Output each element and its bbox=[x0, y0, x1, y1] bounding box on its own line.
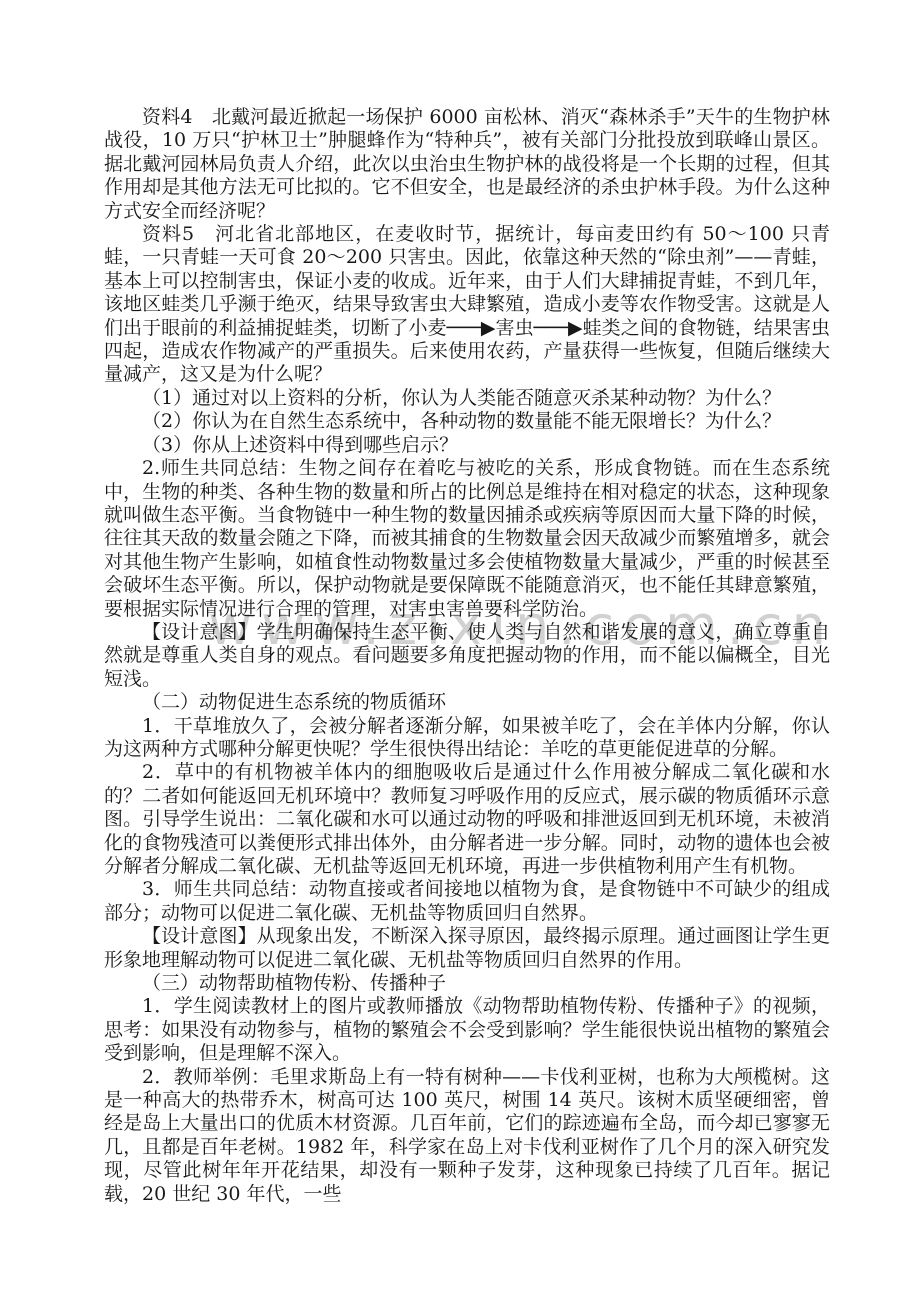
paragraph-section2-item-2: 2．草中的有机物被羊体内的细胞吸收后是通过什么作用被分解成二氧化碳和水的？二者如… bbox=[104, 761, 830, 878]
section-heading-2: （二）动物促进生态系统的物质循环 bbox=[104, 691, 830, 714]
paragraph-design-intent-2: 【设计意图】从现象出发，不断深入探寻原因，最终揭示原理。通过画图让学生更形象地理… bbox=[104, 925, 830, 972]
paragraph-section2-item-1: 1．干草堆放久了，会被分解者逐渐分解，如果被羊吃了，会在羊体内分解，你认为这两种… bbox=[104, 715, 830, 762]
paragraph-design-intent-1: 【设计意图】学生明确保持生态平衡、使人类与自然和谐发展的意义，确立尊重自然就是尊… bbox=[104, 621, 830, 691]
paragraph-summary-1: 2.师生共同总结：生物之间存在着吃与被吃的关系，形成食物链。而在生态系统中，生物… bbox=[104, 457, 830, 621]
section-heading-3: （三）动物帮助植物传粉、传播种子 bbox=[104, 972, 830, 995]
paragraph-material-5: 资料5 河北省北部地区，在麦收时节，据统计，每亩麦田约有 50～100 只青蛙，… bbox=[104, 223, 830, 387]
paragraph-question-3: （3）你从上述资料中得到哪些启示？ bbox=[104, 434, 830, 457]
paragraph-section3-item-2: 2．教师举例：毛里求斯岛上有一特有树种——卡伐利亚树，也称为大颅榄树。这是一种高… bbox=[104, 1066, 830, 1206]
paragraph-section2-item-3: 3．师生共同总结：动物直接或者间接地以植物为食，是食物链中不可缺少的组成部分；动… bbox=[104, 878, 830, 925]
document-page: www.zixin.com.cn 资料4 北戴河最近掀起一场保护 6000 亩松… bbox=[0, 0, 920, 1302]
paragraph-question-2: （2）你认为在自然生态系统中，各种动物的数量能不能无限增长？为什么？ bbox=[104, 410, 830, 433]
paragraph-section3-item-1: 1．学生阅读教材上的图片或教师播放《动物帮助植物传粉、传播种子》的视频，思考：如… bbox=[104, 995, 830, 1065]
document-page-background: { "document": { "language": "zh-CN", "pa… bbox=[0, 0, 920, 1302]
paragraph-material-4: 资料4 北戴河最近掀起一场保护 6000 亩松林、消灭“森林杀手”天牛的生物护林… bbox=[104, 106, 830, 223]
paragraph-question-1: （1）通过对以上资料的分析，你认为人类能否随意灭杀某种动物？为什么？ bbox=[104, 387, 830, 410]
document-body: 资料4 北戴河最近掀起一场保护 6000 亩松林、消灭“森林杀手”天牛的生物护林… bbox=[104, 106, 830, 1206]
